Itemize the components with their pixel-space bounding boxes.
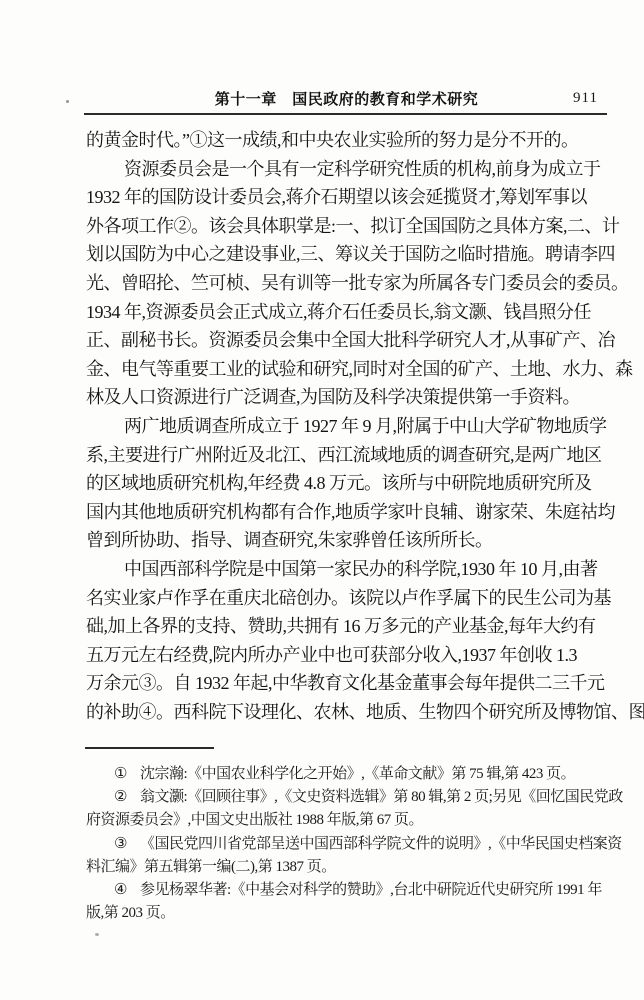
- body-line: 曾到所协助、指导、调查研究,朱家骅曾任该所所长。: [86, 526, 610, 555]
- footnote-text: 料汇编》第五辑第一编(二),第 1387 页。: [86, 859, 336, 875]
- chapter-title: 第十一章 国民政府的教育和学术研究: [86, 88, 607, 109]
- footnote-text: 沈宗瀚:《中国农业科学化之开始》,《革命文献》第 75 辑,第 423 页。: [140, 766, 575, 782]
- body-line: 光、曾昭抡、竺可桢、吴有训等一批专家为所属各专门委员会的委员。: [86, 269, 610, 298]
- footnote-marker: ④: [114, 879, 127, 902]
- body-line: 划以国防为中心之建设事业,三、筹议关于国防之临时措施。聘请李四: [86, 240, 610, 269]
- body-line: 1934 年,资源委员会正式成立,蒋介石任委员长,翁文灏、钱昌照分任: [86, 298, 610, 327]
- footnotes: ①沈宗瀚:《中国农业科学化之开始》,《革命文献》第 75 辑,第 423 页。 …: [86, 763, 610, 925]
- scan-speck: [95, 933, 99, 936]
- body-line: 的补助④。西科院下设理化、农林、地质、生物四个研究所及博物馆、图: [86, 698, 610, 727]
- body-line: 资源委员会是一个具有一定科学研究性质的机构,前身为成立于: [86, 155, 610, 184]
- footnote-line: 料汇编》第五辑第一编(二),第 1387 页。: [86, 856, 610, 879]
- footnote-text: 版,第 203 页。: [86, 905, 175, 921]
- footnote-text: 府资源委员会》,中国文史出版社 1988 年版,第 67 页。: [86, 812, 423, 828]
- body-line: 名实业家卢作孚在重庆北碚创办。该院以卢作孚属下的民生公司为基: [86, 584, 610, 613]
- body-line: 两广地质调查所成立于 1927 年 9 月,附属于中山大学矿物地质学: [86, 412, 610, 441]
- footnote-line: ③《国民党四川省党部呈送中国西部科学院文件的说明》,《中华民国史档案资: [86, 833, 610, 856]
- body-line: 外各项工作②。该会具体职掌是:一、拟订全国国防之具体方案,二、计: [86, 212, 610, 241]
- book-page: 第十一章 国民政府的教育和学术研究 911 的黄金时代。”①这一成绩,和中央农业…: [0, 0, 644, 1000]
- footnote-line: 府资源委员会》,中国文史出版社 1988 年版,第 67 页。: [86, 809, 610, 832]
- scan-speck: [66, 100, 69, 103]
- body-line: 五万元左右经费,院内所办产业中也可获部分收入,1937 年创收 1.3: [86, 641, 610, 670]
- footnote-text: 《国民党四川省党部呈送中国西部科学院文件的说明》,《中华民国史档案资: [140, 836, 622, 852]
- body-text: 的黄金时代。”①这一成绩,和中央农业实验所的努力是分不开的。 资源委员会是一个具…: [86, 126, 610, 726]
- body-line: 万余元③。自 1932 年起,中华教育文化基金董事会每年提供二三千元: [86, 669, 610, 698]
- body-line: 中国西部科学院是中国第一家民办的科学院,1930 年 10 月,由著: [86, 555, 610, 584]
- body-line: 的黄金时代。”①这一成绩,和中央农业实验所的努力是分不开的。: [86, 126, 610, 155]
- body-line: 国内其他地质研究机构都有合作,地质学家叶良辅、谢家荣、朱庭祜均: [86, 498, 610, 527]
- body-line: 的区域地质研究机构,年经费 4.8 万元。该所与中研院地质研究所及: [86, 469, 610, 498]
- body-line: 林及人口资源进行广泛调查,为国防及科学决策提供第一手资料。: [86, 383, 610, 412]
- footnote-marker: ③: [114, 833, 127, 856]
- footnote-text: 参见杨翠华著:《中基会对科学的赞助》,台北中研院近代史研究所 1991 年: [140, 882, 602, 898]
- body-line: 系,主要进行广州附近及北江、西江流域地质的调查研究,是两广地区: [86, 441, 610, 470]
- body-line: 础,加上各界的支持、赞助,共拥有 16 万多元的产业基金,每年大约有: [86, 612, 610, 641]
- body-line: 正、副秘书长。资源委员会集中全国大批科学研究人才,从事矿产、冶: [86, 326, 610, 355]
- footnote-line: ①沈宗瀚:《中国农业科学化之开始》,《革命文献》第 75 辑,第 423 页。: [86, 763, 610, 786]
- footnote-text: 翁文灏:《回顾往事》,《文史资料选辑》第 80 辑,第 2 页;另见《回忆国民党…: [140, 789, 623, 805]
- body-line: 金、电气等重要工业的试验和研究,同时对全国的矿产、土地、水力、森: [86, 355, 610, 384]
- body-line: 1932 年的国防设计委员会,蒋介石期望以该会延揽贤才,筹划军事以: [86, 183, 610, 212]
- footnote-line: 版,第 203 页。: [86, 902, 610, 925]
- footnote-separator-rule: [85, 747, 214, 749]
- header-rule: [84, 113, 607, 115]
- footnote-line: ④参见杨翠华著:《中基会对科学的赞助》,台北中研院近代史研究所 1991 年: [86, 879, 610, 902]
- footnote-marker: ①: [114, 763, 127, 786]
- footnote-line: ②翁文灏:《回顾往事》,《文史资料选辑》第 80 辑,第 2 页;另见《回忆国民…: [86, 786, 610, 809]
- footnote-marker: ②: [114, 786, 127, 809]
- page-number: 911: [573, 90, 598, 107]
